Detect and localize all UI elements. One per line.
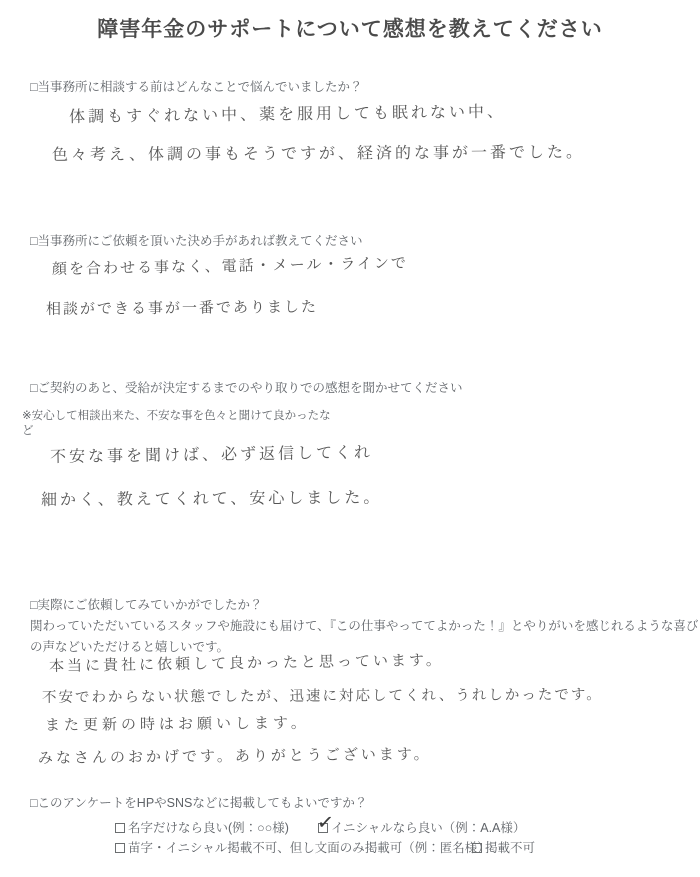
question-1-label: □当事務所に相談する前はどんなことで悩んでいましたか？ [30,80,363,95]
question-3-note-line-1: ※安心して相談出来た、不安な事を色々と聞けて良かったな [22,409,331,423]
answer-1-line-2: 色々考え、体調の事もそうですが、経済的な事が一番でした。 [52,139,585,165]
answer-4-line-3: また更新の時はお願いします。 [45,712,310,735]
question-2-label: □当事務所にご依頼を頂いた決め手があれば教えてください [30,234,363,249]
option-initial-ok[interactable]: ✓イニシャルなら良い（例：A.A様） [318,821,525,836]
checkbox-surname-ok[interactable]: ✓ [115,823,125,833]
answer-3-line-2: 細かく、教えてくれて、安心しました。 [41,485,383,510]
checkbox-initial-ok[interactable]: ✓ [318,823,328,833]
answer-4-line-4: みなさんのおかげです。ありがとうございます。 [38,743,432,768]
answer-4-line-2: 不安でわからない状態でしたが、迅速に対応してくれ、うれしかったです。 [42,683,603,707]
option-surname-ok[interactable]: ✓名字だけなら良い(例：○○様) [115,821,289,836]
question-4-sub-line-1: 関わっていただいているスタッフや施設にも届けて、『この仕事やっててよかった！』と… [30,619,698,634]
question-3-note-line-2: ど [22,424,34,438]
option-text-only-ok-label: 苗字・イニシャル掲載不可、但し文面のみ掲載可（例：匿名様） [128,841,490,855]
answer-2-line-1: 顔を合わせる事なく、電話・メール・ラインで [52,252,408,279]
answer-1-line-1: 体調もすぐれない中、薬を服用しても眠れない中、 [69,99,506,127]
checkbox-no-publish[interactable]: ✓ [472,843,482,853]
answer-3-line-1: 不安な事を聞けば、必ず返信してくれ [50,439,373,467]
page-title: 障害年金のサポートについて感想を教えてください [0,13,700,43]
option-initial-ok-label: イニシャルなら良い（例：A.A様） [331,821,525,835]
question-3-label: □ご契約のあと、受給が決定するまでのやり取りでの感想を聞かせてください [30,381,463,396]
handwritten-check-icon: ✓ [316,812,335,834]
question-4-label: □実際にご依頼してみていかがでしたか？ [30,598,263,613]
answer-2-line-2: 相談ができる事が一番でありました [46,296,318,319]
option-text-only-ok[interactable]: ✓苗字・イニシャル掲載不可、但し文面のみ掲載可（例：匿名様） [115,841,490,856]
checkbox-text-only-ok[interactable]: ✓ [115,843,125,853]
question-5-label: □このアンケートをHPやSNSなどに掲載してもよいですか？ [30,796,367,811]
option-surname-ok-label: 名字だけなら良い(例：○○様) [128,821,289,835]
survey-page: 障害年金のサポートについて感想を教えてください □当事務所に相談する前はどんなこ… [0,0,700,877]
option-no-publish[interactable]: ✓掲載不可 [472,841,535,856]
option-no-publish-label: 掲載不可 [485,841,535,855]
